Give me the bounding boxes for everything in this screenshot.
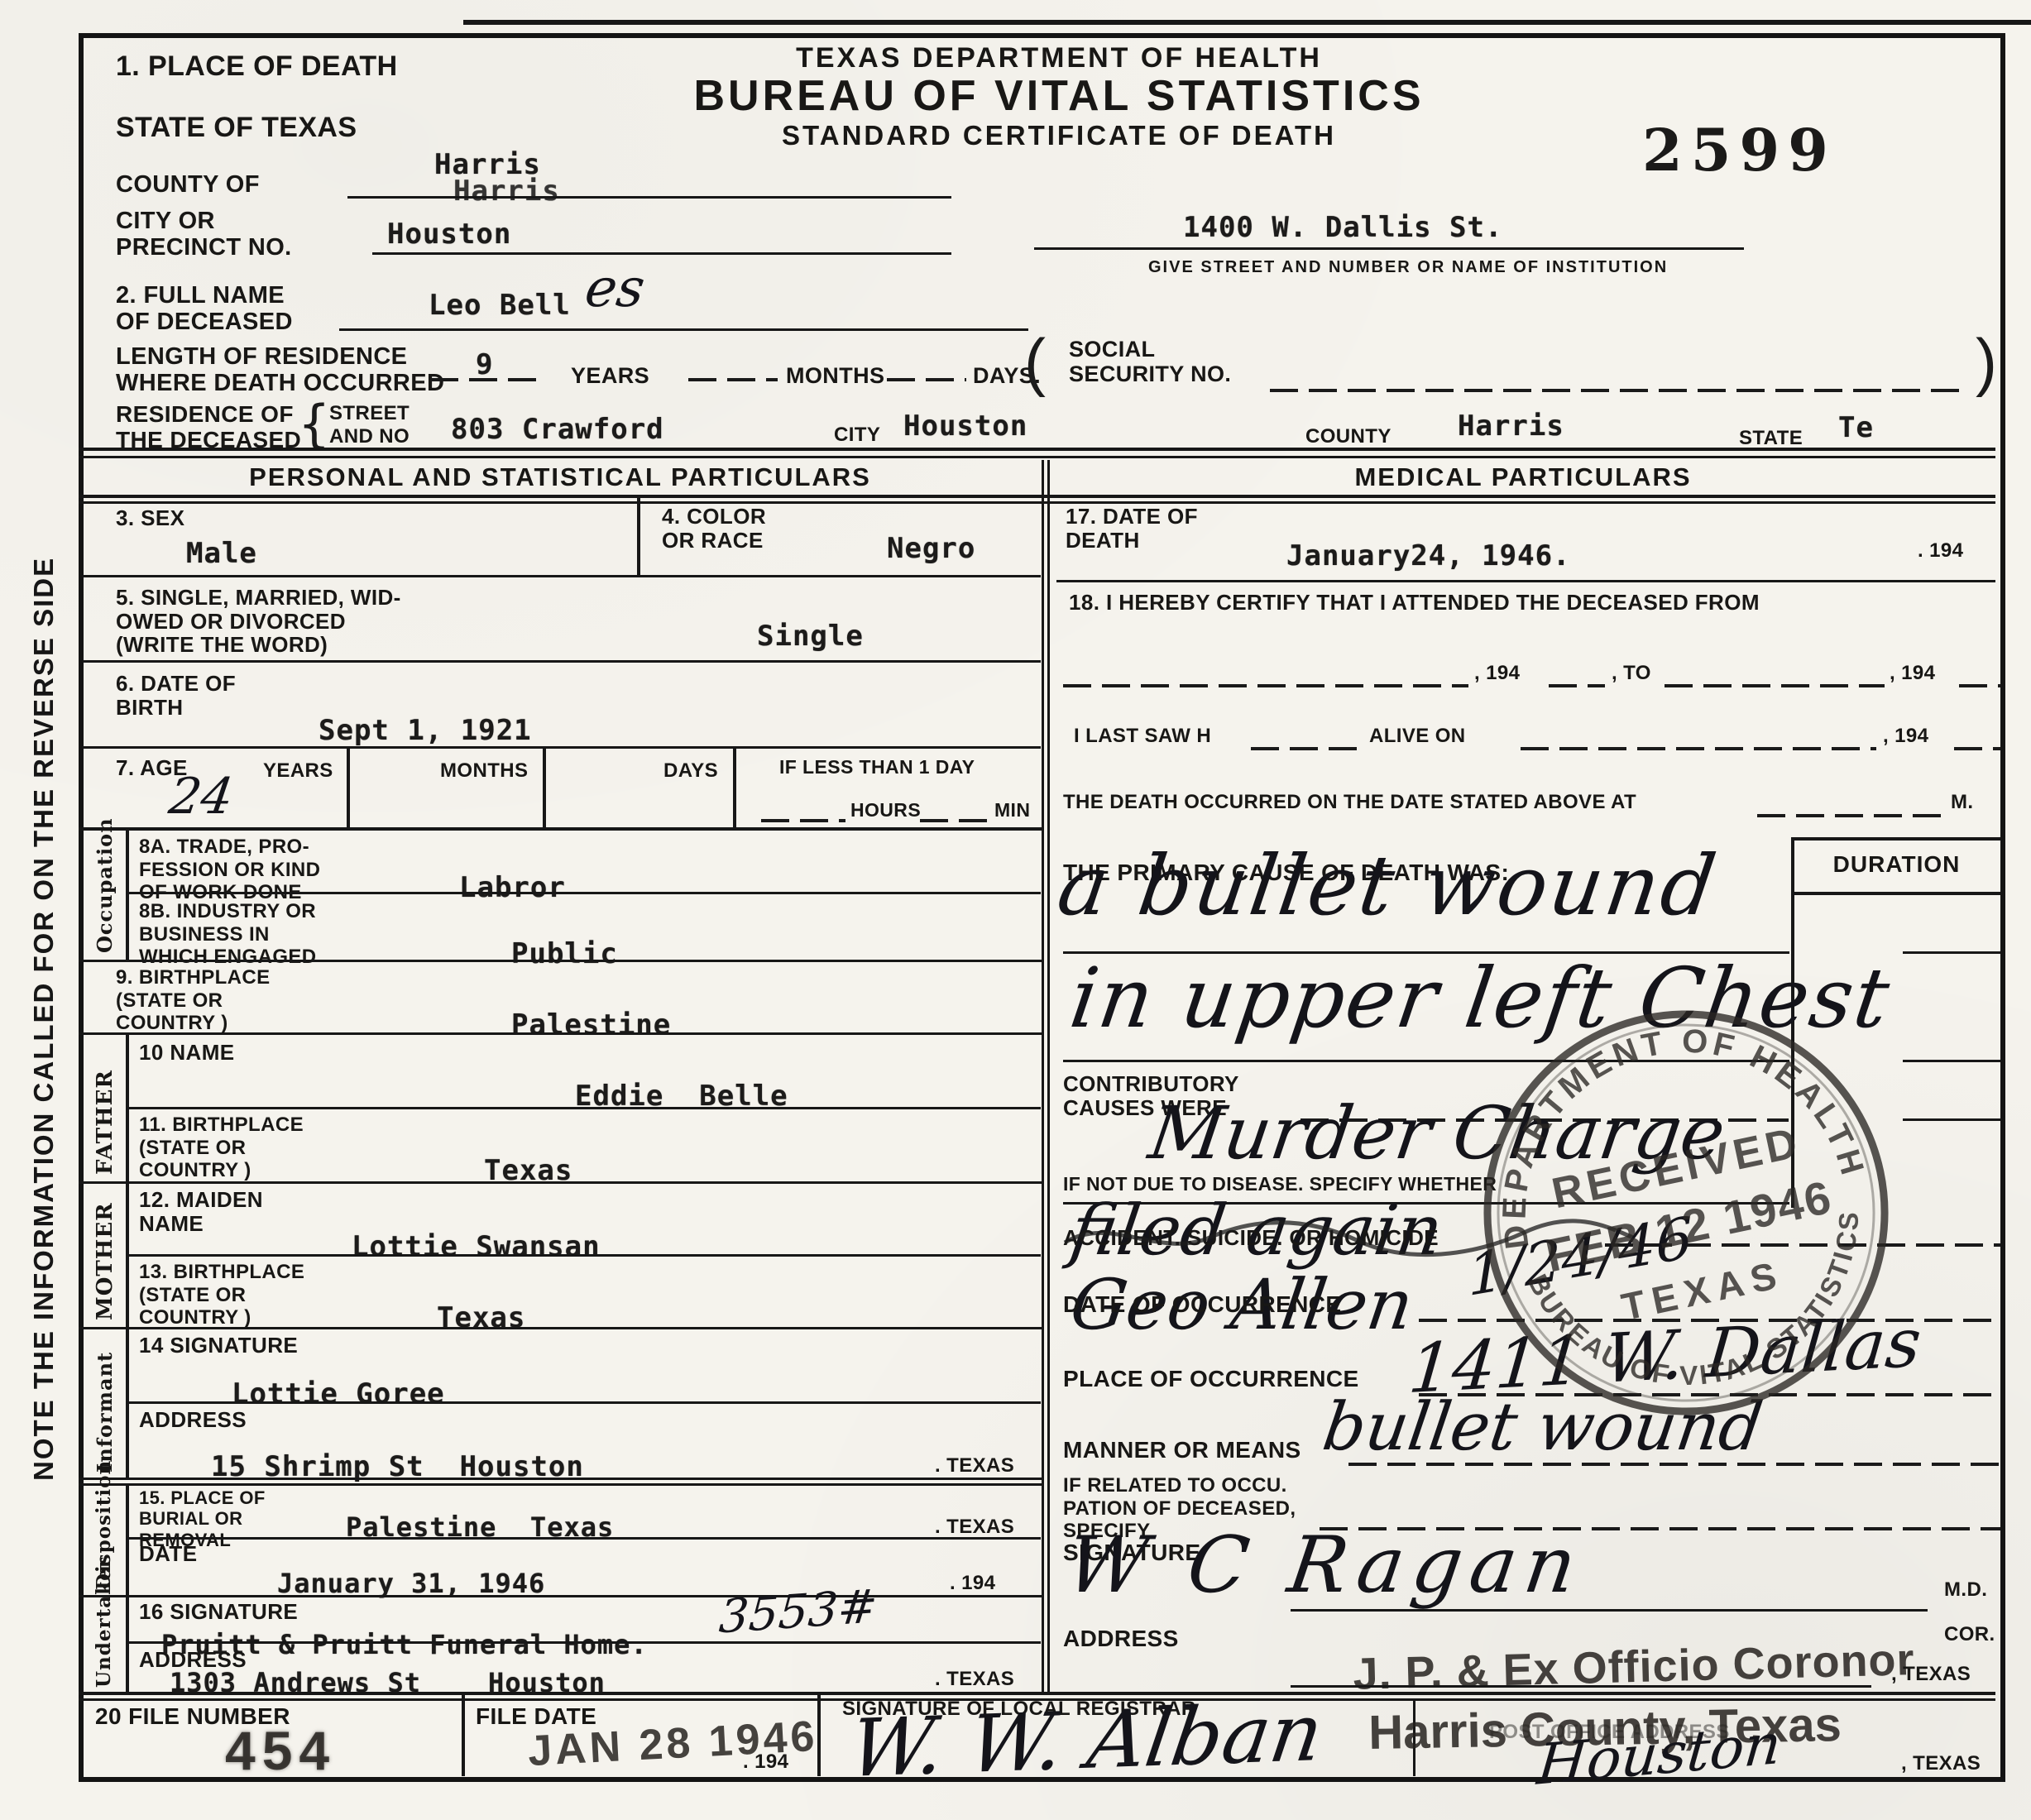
place-occurrence-label: PLACE OF OCCURRENCE — [1063, 1367, 1359, 1392]
dept-title: TEXAS DEPARTMENT OF HEALTH — [645, 43, 1473, 74]
father-group-label: FATHER — [93, 1070, 117, 1175]
m-suffix: M. — [1951, 791, 1973, 814]
industry-value: Public — [511, 940, 618, 968]
rule — [688, 378, 778, 381]
res-city-label: CITY — [834, 424, 880, 447]
year-194-blank: , 194 — [1474, 662, 1520, 685]
rule — [1549, 684, 1605, 687]
mother-birthplace-label: 13. BIRTHPLACE (STATE OR COUNTRY ) — [139, 1261, 304, 1329]
rule — [79, 1327, 1042, 1329]
rule — [887, 378, 966, 381]
rule — [761, 819, 845, 822]
father-name-value: Eddie Belle — [575, 1082, 788, 1110]
county-value-echo: Harris — [453, 177, 560, 205]
residence-length-label: LENGTH OF RESIDENCE WHERE DEATH OCCURRED — [116, 344, 444, 397]
rule — [1521, 747, 1876, 750]
rule — [339, 328, 1028, 331]
marital-value: Single — [757, 622, 864, 650]
rule — [1903, 1060, 2000, 1062]
ssn-open-paren: ( — [1024, 329, 1046, 394]
father-birthplace-value: Texas — [484, 1157, 572, 1185]
undertaker-group-label: Undertaker — [93, 1557, 115, 1688]
section-personal-header: PERSONAL AND STATISTICAL PARTICULARS — [79, 463, 1042, 491]
rule — [372, 252, 951, 255]
texas-suffix: . TEXAS — [935, 1516, 1014, 1539]
standard-cert-title: STANDARD CERTIFICATE OF DEATH — [645, 121, 1473, 151]
date-occurrence-label: DATE OF OCCURRENCE — [1063, 1292, 1341, 1318]
rule — [129, 1537, 1041, 1540]
rule — [1348, 1463, 2000, 1466]
sex-label: 3. SEX — [116, 506, 184, 530]
full-name-label: 2. FULL NAME OF DECEASED — [116, 283, 293, 336]
cell-divider — [543, 749, 546, 827]
rule — [79, 456, 1995, 458]
rule — [1034, 247, 1744, 250]
rule — [79, 1181, 1042, 1184]
rule — [1291, 1609, 1928, 1612]
stamp-state-text: TEXAS — [1618, 1252, 1788, 1329]
birthplace-label: 9. BIRTHPLACE (STATE OR COUNTRY ) — [116, 966, 271, 1035]
rule — [1757, 814, 1943, 817]
rule — [79, 960, 1042, 962]
date-of-death-value: January24, 1946. — [1286, 542, 1571, 570]
rule — [1291, 1685, 1871, 1688]
duration-box-top — [1791, 837, 2000, 841]
rule — [430, 378, 542, 381]
rule — [347, 196, 951, 199]
state-of-texas-label: STATE OF TEXAS — [116, 113, 357, 143]
rule — [129, 892, 1041, 894]
res-county-value: Harris — [1458, 412, 1564, 440]
trade-value: Labror — [459, 874, 566, 902]
rule — [1954, 747, 2000, 750]
residence-of-label: RESIDENCE OF THE DECEASED — [116, 402, 301, 453]
res-state-label: STATE — [1739, 427, 1803, 450]
rule — [1959, 684, 2000, 687]
age-days-label: DAYS — [663, 759, 718, 783]
industry-label: 8B. INDUSTRY OR BUSINESS IN WHICH ENGAGE… — [139, 900, 317, 969]
cause-handwritten-line1: a bullet wound — [1052, 837, 1724, 934]
hours-label: HOURS — [850, 799, 921, 821]
column-divider — [1042, 460, 1044, 1694]
texas-suffix: . TEXAS — [935, 1454, 1014, 1478]
md-label: M.D. — [1944, 1578, 1987, 1602]
county-of-label: COUNTY OF — [116, 172, 260, 199]
city-value: Houston — [387, 220, 511, 248]
occupation-group-label: Occupation — [93, 817, 117, 953]
rule — [79, 501, 1995, 504]
residence-years-value: 9 — [476, 351, 493, 379]
rule — [129, 1641, 1041, 1644]
brace-glyph: { — [298, 399, 330, 450]
age-value-handwritten: 24 — [165, 768, 237, 826]
alive-on-label: ALIVE ON — [1369, 725, 1466, 748]
rule — [1063, 684, 1468, 687]
min-label: MIN — [994, 799, 1030, 821]
certificate-number: 2599 — [1642, 116, 1837, 184]
date-of-death-label: 17. DATE OF DEATH — [1066, 505, 1198, 552]
rule — [1270, 389, 1961, 392]
section-medical-header: MEDICAL PARTICULARS — [1051, 463, 1995, 491]
res-state-value: Te — [1838, 414, 1874, 442]
year-194-suffix: . 194 — [950, 1572, 995, 1595]
mother-group-label: MOTHER — [93, 1202, 117, 1320]
death-certificate-scan: NOTE THE INFORMATION CALLED FOR ON THE R… — [0, 0, 2031, 1820]
dob-label: 6. DATE OF BIRTH — [116, 672, 236, 719]
burial-date-label: DATE — [139, 1542, 197, 1566]
rule — [1903, 1118, 2000, 1121]
undertaker-signature-label: 16 SIGNATURE — [139, 1600, 298, 1624]
last-saw-label: I LAST SAW H — [1074, 725, 1211, 748]
cell-divider — [733, 749, 736, 827]
color-race-value: Negro — [887, 534, 975, 563]
street-no-value: 803 Crawford — [451, 415, 664, 443]
full-name-value: Leo Bell — [429, 291, 571, 319]
rule — [83, 746, 1041, 749]
cell-divider — [462, 1692, 465, 1776]
rule — [129, 1401, 1041, 1404]
rule — [79, 448, 1995, 451]
death-occurred-label: THE DEATH OCCURRED ON THE DATE STATED AB… — [1063, 791, 1636, 814]
burial-date-value: January 31, 1946 — [277, 1570, 545, 1597]
margin-note: NOTE THE INFORMATION CALLED FOR ON THE R… — [28, 557, 60, 1481]
year-194-suffix: . 194 — [743, 1751, 788, 1774]
ssn-label: SOCIAL SECURITY NO. — [1069, 338, 1231, 386]
dob-value: Sept 1, 1921 — [319, 716, 532, 745]
rule — [79, 827, 1042, 831]
cell-divider — [817, 1692, 821, 1776]
age-months-label: MONTHS — [440, 759, 528, 783]
street-hint: GIVE STREET AND NUMBER OR NAME OF INSTIT… — [1148, 258, 1668, 276]
informant-address-label: ADDRESS — [139, 1408, 247, 1432]
to-label: , TO — [1612, 662, 1651, 685]
bureau-title: BUREAU OF VITAL STATISTICS — [604, 73, 1514, 120]
rule — [83, 660, 1041, 663]
father-birthplace-label: 11. BIRTHPLACE (STATE OR COUNTRY ) — [139, 1114, 304, 1182]
duration-label: DURATION — [1795, 852, 1998, 878]
months-label: MONTHS — [786, 364, 884, 389]
certify-statement: 18. I HEREBY CERTIFY THAT I ATTENDED THE… — [1069, 591, 1760, 615]
duration-box-bottom — [1791, 892, 2000, 895]
if-less-label: IF LESS THAN 1 DAY — [779, 756, 975, 778]
age-years-label: YEARS — [263, 759, 333, 783]
father-name-label: 10 NAME — [139, 1041, 235, 1065]
texas-suffix: , TEXAS — [1891, 1663, 1971, 1686]
undertaker-number-handwritten: 3553# — [717, 1579, 879, 1644]
coroner-signature-handwritten: W C Ragan — [1061, 1521, 1589, 1611]
rule — [129, 1254, 1041, 1257]
cell-divider — [347, 749, 350, 827]
rule — [79, 1483, 1042, 1486]
sex-value: Male — [186, 539, 257, 568]
years-label: YEARS — [571, 364, 649, 389]
year-194-blank: , 194 — [1890, 662, 1935, 685]
city-precinct-label: CITY OR PRECINCT NO. — [116, 208, 292, 261]
received-stamp: DEPARTMENT OF HEALTH BUREAU OF VITAL STA… — [1431, 958, 1942, 1468]
street-value: 1400 W. Dallis St. — [1183, 213, 1502, 242]
rule — [79, 1692, 1995, 1695]
rule — [83, 575, 1041, 577]
if-not-due-label: IF NOT DUE TO DISEASE. SPECIFY WHETHER — [1063, 1173, 1497, 1195]
rule — [129, 1107, 1041, 1109]
rule — [79, 1032, 1042, 1035]
informant-signature-label: 14 SIGNATURE — [139, 1334, 298, 1358]
full-name-handwritten: es — [582, 258, 649, 319]
texas-suffix: . TEXAS — [935, 1668, 1014, 1691]
street-and-no-label: STREET AND NO — [329, 402, 410, 448]
manner-means-label: MANNER OR MEANS — [1063, 1438, 1301, 1463]
res-county-label: COUNTY — [1305, 425, 1392, 448]
maiden-name-label: 12. MAIDEN NAME — [139, 1188, 263, 1235]
rule — [79, 1595, 1042, 1597]
year-194-blank: , 194 — [1883, 725, 1928, 748]
medical-address-label: ADDRESS — [1063, 1626, 1179, 1652]
texas-suffix: , TEXAS — [1901, 1752, 1981, 1775]
place-of-death-label: 1. PLACE OF DEATH — [116, 51, 398, 82]
scan-edge-mark — [463, 20, 2031, 25]
informant-address-value: 15 Shrimp St Houston — [211, 1453, 584, 1481]
rule — [79, 495, 1995, 498]
rule — [1251, 747, 1362, 750]
rule — [79, 1478, 1042, 1480]
res-city-value: Houston — [903, 412, 1027, 440]
rule — [1903, 951, 2000, 954]
ssn-close-paren: ) — [1976, 329, 1997, 394]
column-divider — [1047, 460, 1050, 1694]
year-194-suffix: . 194 — [1918, 539, 1963, 563]
rule — [920, 819, 989, 822]
informant-group-label: Informant — [93, 1352, 117, 1473]
rule — [1056, 580, 1995, 582]
rule — [1665, 684, 1885, 687]
marital-label: 5. SINGLE, MARRIED, WID- OWED OR DIVORCE… — [116, 586, 401, 657]
file-number-st amp: 454 — [225, 1719, 336, 1782]
cell-divider — [637, 498, 640, 575]
color-race-label: 4. COLOR OR RACE — [662, 505, 766, 552]
